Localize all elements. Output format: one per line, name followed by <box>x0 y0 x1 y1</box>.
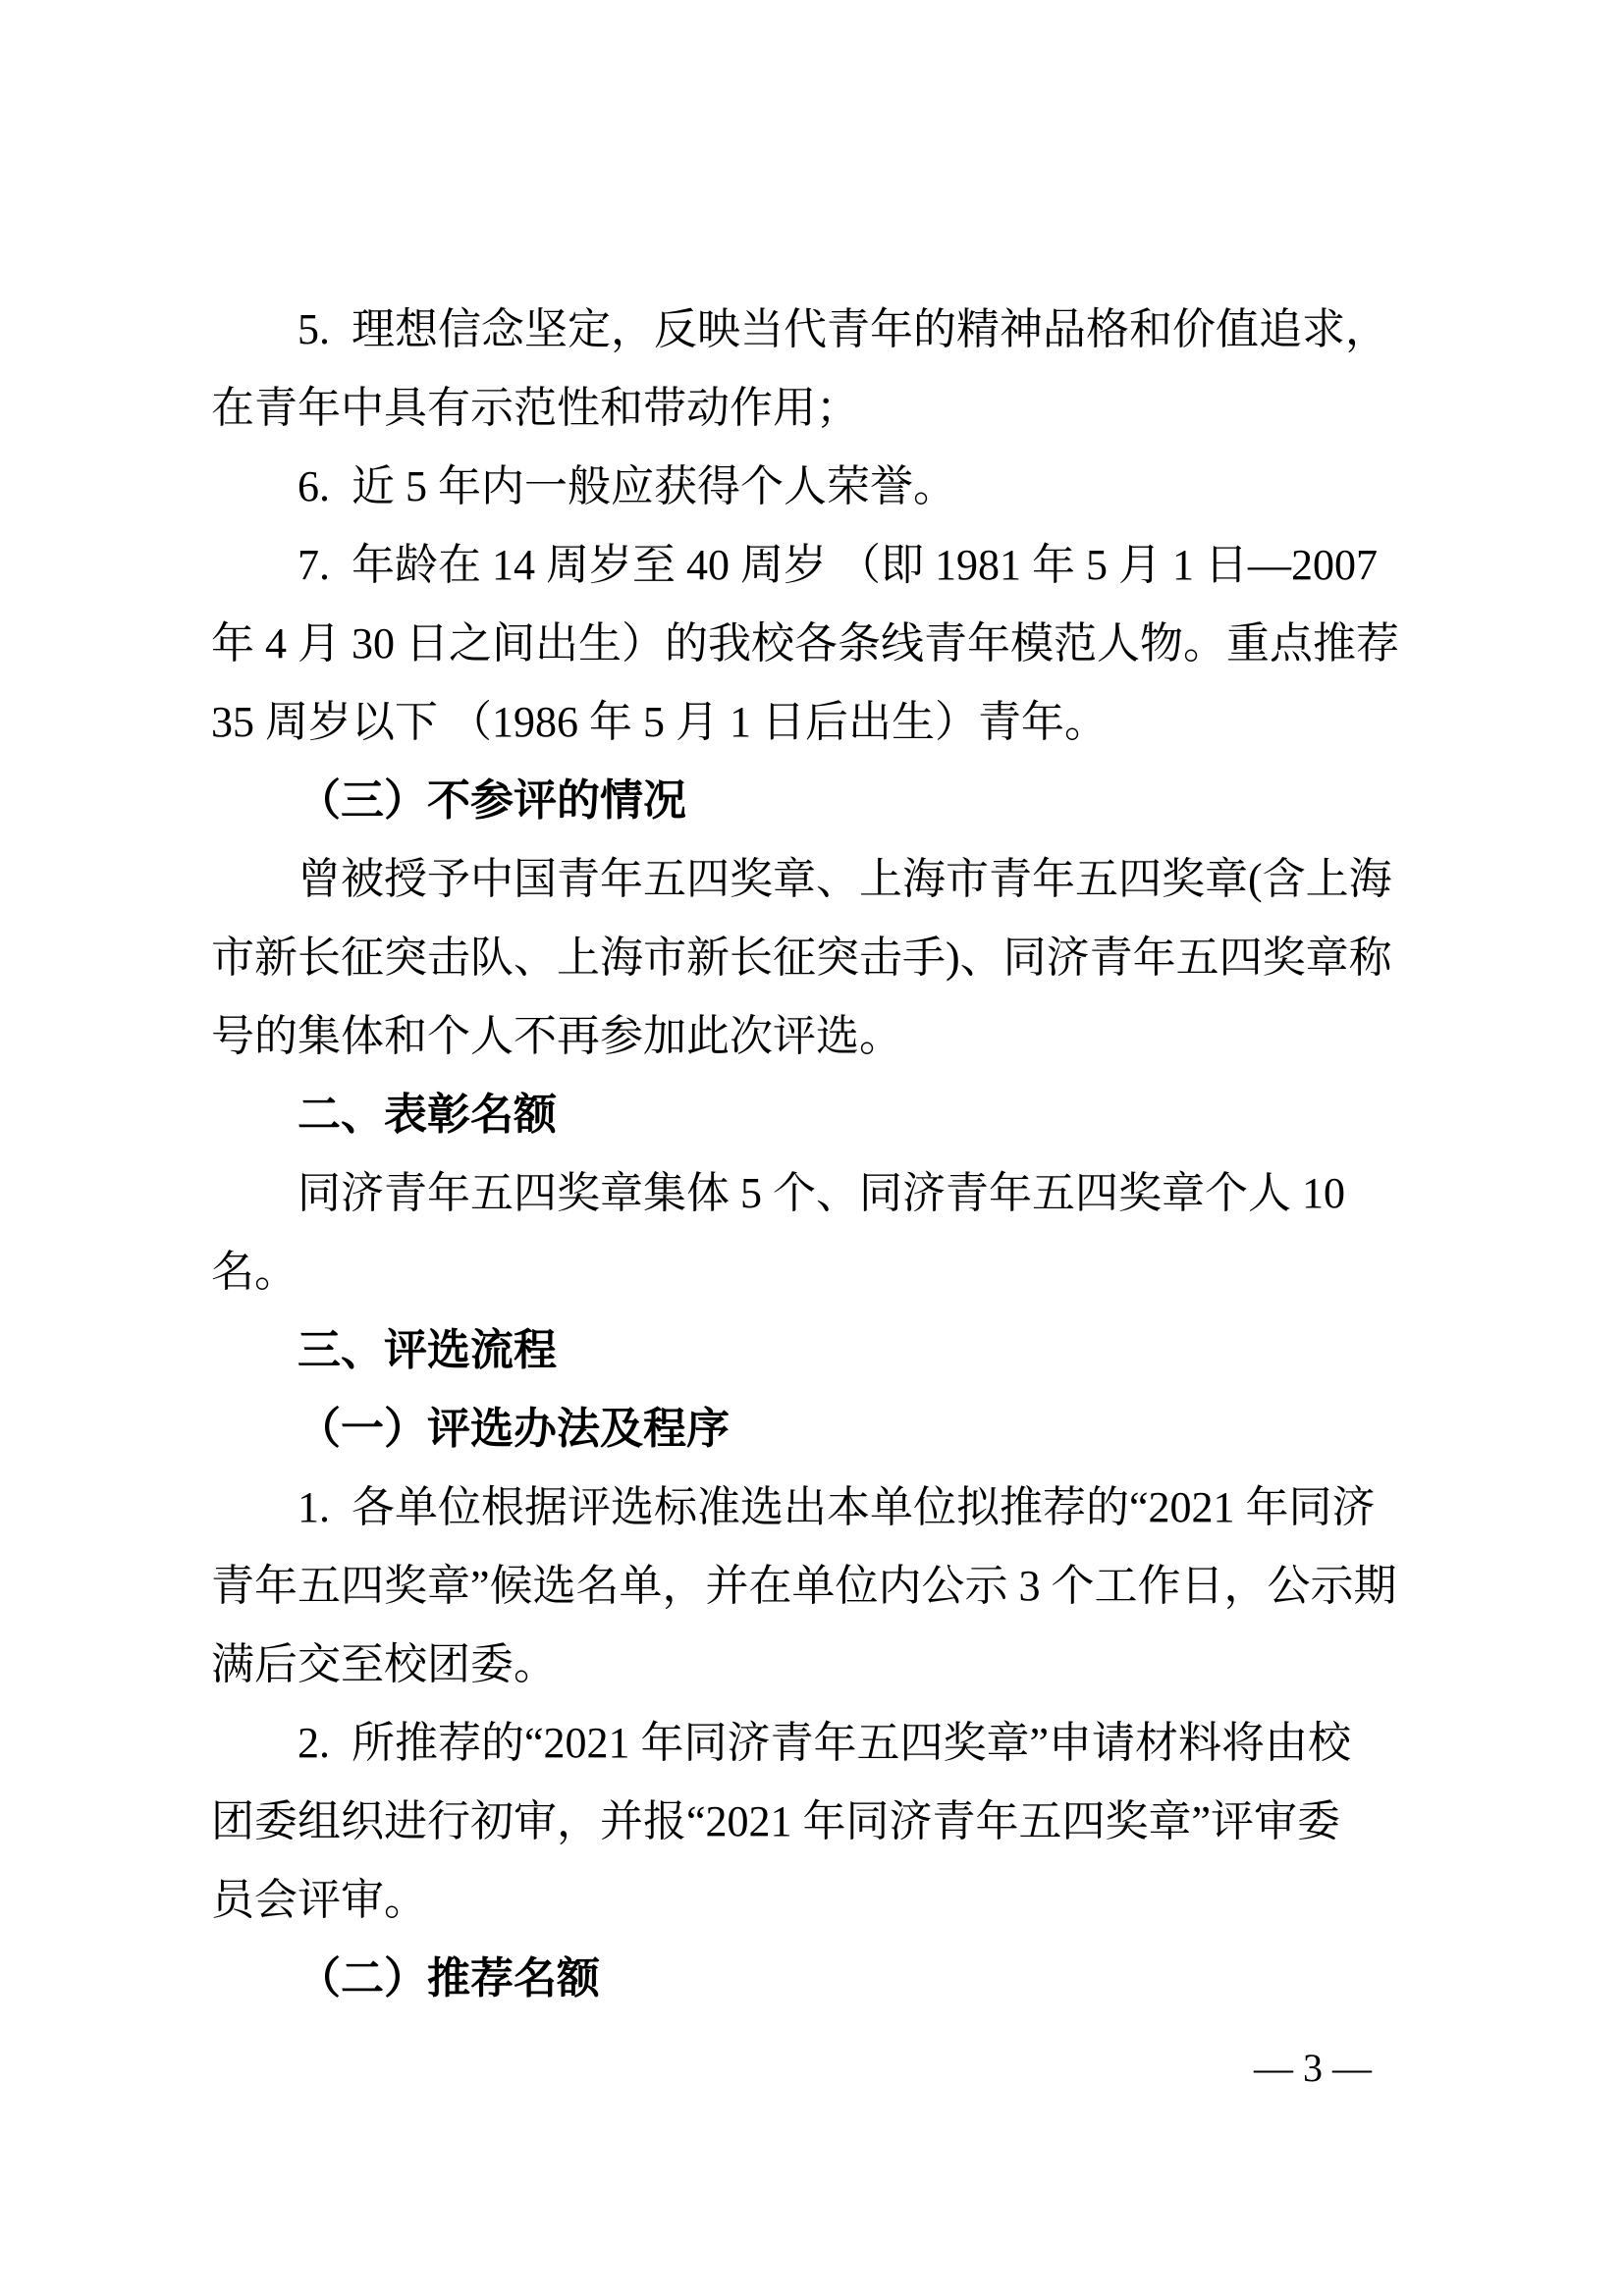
paragraph: 6. 近 5 年内一般应获得个人荣誉。 <box>211 448 1414 526</box>
sub-heading: （二）推荐名额 <box>211 1940 1414 2018</box>
paragraph: 2. 所推荐的“2021 年同济青年五四奖章”申请材料将由校团委组织进行初审，并… <box>211 1704 1414 1940</box>
document-page: 5. 理想信念坚定，反映当代青年的精神品格和价值追求，在青年中具有示范性和带动作… <box>0 0 1624 2296</box>
text-line: 号的集体和个人不再参加此次评选。 <box>211 997 1414 1076</box>
text-line: 1. 各单位根据评选标准选出本单位拟推荐的“2021 年同济 <box>211 1468 1414 1547</box>
page-number: — 3 — <box>1254 2049 1372 2088</box>
paragraph: 7. 年龄在 14 周岁至 40 周岁 （即 1981 年 5 月 1 日—20… <box>211 526 1414 762</box>
section-heading: 二、表彰名额 <box>211 1076 1414 1154</box>
sub-heading: （一）评选办法及程序 <box>211 1390 1414 1468</box>
section-heading: 三、评选流程 <box>211 1311 1414 1390</box>
text-line: 2. 所推荐的“2021 年同济青年五四奖章”申请材料将由校 <box>211 1704 1414 1783</box>
paragraph: 5. 理想信念坚定，反映当代青年的精神品格和价值追求，在青年中具有示范性和带动作… <box>211 291 1414 448</box>
text-line: （三）不参评的情况 <box>211 762 1414 840</box>
text-line: 7. 年龄在 14 周岁至 40 周岁 （即 1981 年 5 月 1 日—20… <box>211 526 1414 605</box>
paragraph: 曾被授予中国青年五四奖章、上海市青年五四奖章(含上海市新长征突击队、上海市新长征… <box>211 840 1414 1076</box>
text-line: （一）评选办法及程序 <box>211 1390 1414 1468</box>
text-line: 6. 近 5 年内一般应获得个人荣誉。 <box>211 448 1414 526</box>
text-line: 在青年中具有示范性和带动作用； <box>211 369 1414 448</box>
text-line: 曾被授予中国青年五四奖章、上海市青年五四奖章(含上海 <box>211 840 1414 919</box>
text-line: 市新长征突击队、上海市新长征突击手)、同济青年五四奖章称 <box>211 919 1414 997</box>
text-line: 5. 理想信念坚定，反映当代青年的精神品格和价值追求， <box>211 291 1414 369</box>
text-line: 青年五四奖章”候选名单，并在单位内公示 3 个工作日，公示期 <box>211 1547 1414 1626</box>
text-line: 同济青年五四奖章集体 5 个、同济青年五四奖章个人 10 <box>211 1154 1414 1233</box>
text-line: 三、评选流程 <box>211 1311 1414 1390</box>
document-body: 5. 理想信念坚定，反映当代青年的精神品格和价值追求，在青年中具有示范性和带动作… <box>211 291 1414 2018</box>
text-line: 满后交至校团委。 <box>211 1626 1414 1704</box>
sub-heading: （三）不参评的情况 <box>211 762 1414 840</box>
text-line: 员会评审。 <box>211 1861 1414 1940</box>
text-line: 35 周岁以下 （1986 年 5 月 1 日后出生）青年。 <box>211 683 1414 762</box>
text-line: 年 4 月 30 日之间出生）的我校各条线青年模范人物。重点推荐 <box>211 605 1414 683</box>
text-line: 名。 <box>211 1233 1414 1311</box>
paragraph: 1. 各单位根据评选标准选出本单位拟推荐的“2021 年同济青年五四奖章”候选名… <box>211 1468 1414 1704</box>
text-line: （二）推荐名额 <box>211 1940 1414 2018</box>
text-line: 团委组织进行初审，并报“2021 年同济青年五四奖章”评审委 <box>211 1783 1414 1861</box>
paragraph: 同济青年五四奖章集体 5 个、同济青年五四奖章个人 10名。 <box>211 1154 1414 1311</box>
text-line: 二、表彰名额 <box>211 1076 1414 1154</box>
